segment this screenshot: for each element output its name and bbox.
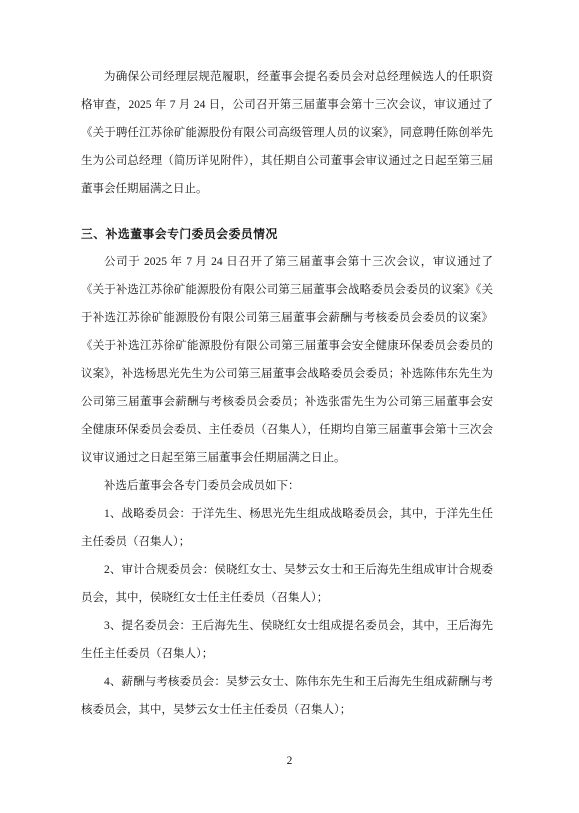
list-item-nomination-committee: 3、提名委员会：王后海先生、侯晓红女士组成提名委员会，其中，王后海先生任主任委员… [81, 612, 493, 668]
list-item-remuneration-assessment-committee: 4、薪酬与考核委员会：吴梦云女士、陈伟东先生和王后海先生组成薪酬与考核委员会，其… [81, 668, 493, 724]
document-page: 为确保公司经理层规范履职，经董事会提名委员会对总经理候选人的任职资格审查，202… [0, 0, 579, 813]
page-number: 2 [0, 755, 579, 767]
paragraph-committee-members-intro: 补选后董事会各专门委员会成员如下： [81, 472, 493, 500]
list-item-audit-compliance-committee: 2、审计合规委员会：侯晓红女士、吴梦云女士和王后海先生组成审计合规委员会，其中，… [81, 556, 493, 612]
list-item-strategy-committee: 1、战略委员会：于洋先生、杨思光先生组成战略委员会，其中，于洋先生任主任委员（召… [81, 500, 493, 556]
paragraph-byelection-resolutions: 公司于 2025 年 7 月 24 日召开了第三届董事会第十三次会议，审议通过了… [81, 248, 493, 472]
section-heading-committee-byelection: 三、补选董事会专门委员会委员情况 [81, 220, 493, 248]
document-body: 为确保公司经理层规范履职，经董事会提名委员会对总经理候选人的任职资格审查，202… [81, 63, 493, 724]
paragraph-general-manager-appointment: 为确保公司经理层规范履职，经董事会提名委员会对总经理候选人的任职资格审查，202… [81, 63, 493, 203]
